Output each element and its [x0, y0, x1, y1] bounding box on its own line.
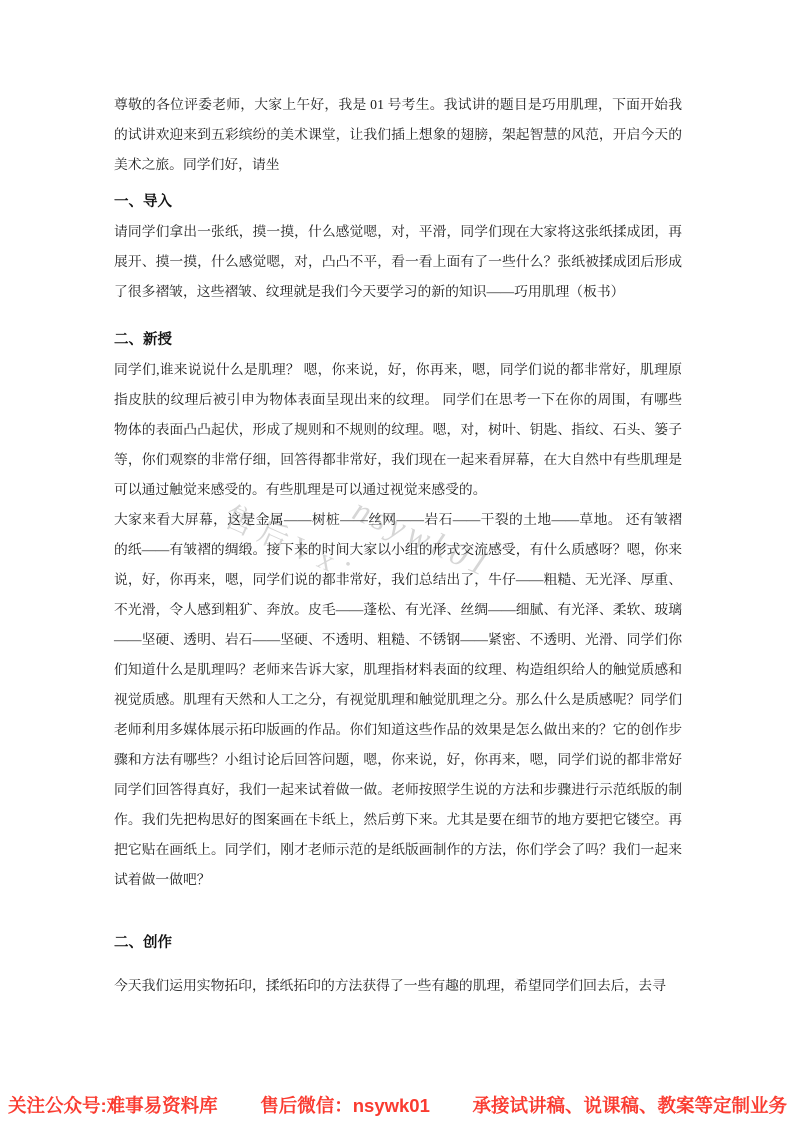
paragraph-xinshou-1: 同学们,谁来说说什么是肌理？ 嗯，你来说，好，你再来，嗯，同学们说的都非常好，肌…: [114, 355, 682, 505]
footer-public-account: 关注公众号:难事易资料库: [8, 1094, 218, 1118]
document-body: 尊敬的各位评委老师，大家上午好，我是 01 号考生。我试讲的题目是巧用肌理，下面…: [114, 90, 682, 1001]
footer-wechat-contact: 售后微信：nsywk01: [260, 1094, 430, 1118]
paragraph-daoru: 请同学们拿出一张纸，摸一摸，什么感觉嗯，对，平滑，同学们现在大家将这张纸揉成团，…: [114, 217, 682, 307]
paragraph-greeting: 尊敬的各位评委老师，大家上午好，我是 01 号考生。我试讲的题目是巧用肌理，下面…: [114, 90, 682, 180]
section-heading-daoru: 一、导入: [114, 187, 682, 217]
section-heading-chuangzuo: 二、创作: [114, 928, 682, 958]
section-heading-xinshou: 二、新授: [114, 325, 682, 355]
paragraph-xinshou-2: 大家来看大屏幕，这是金属——树桩——丝网——岩石——干裂的土地——草地。 还有皱…: [114, 505, 682, 895]
promo-footer: 关注公众号:难事易资料库 售后微信：nsywk01 承接试讲稿、说课稿、教案等定…: [8, 1094, 787, 1118]
paragraph-chuangzuo: 今天我们运用实物拓印，揉纸拓印的方法获得了一些有趣的肌理，希望同学们回去后，去寻: [114, 971, 682, 1001]
document-page: 售后Vx： nsywk01 尊敬的各位评委老师，大家上午好，我是 01 号考生。…: [0, 0, 793, 1122]
footer-services: 承接试讲稿、说课稿、教案等定制业务: [472, 1094, 787, 1118]
